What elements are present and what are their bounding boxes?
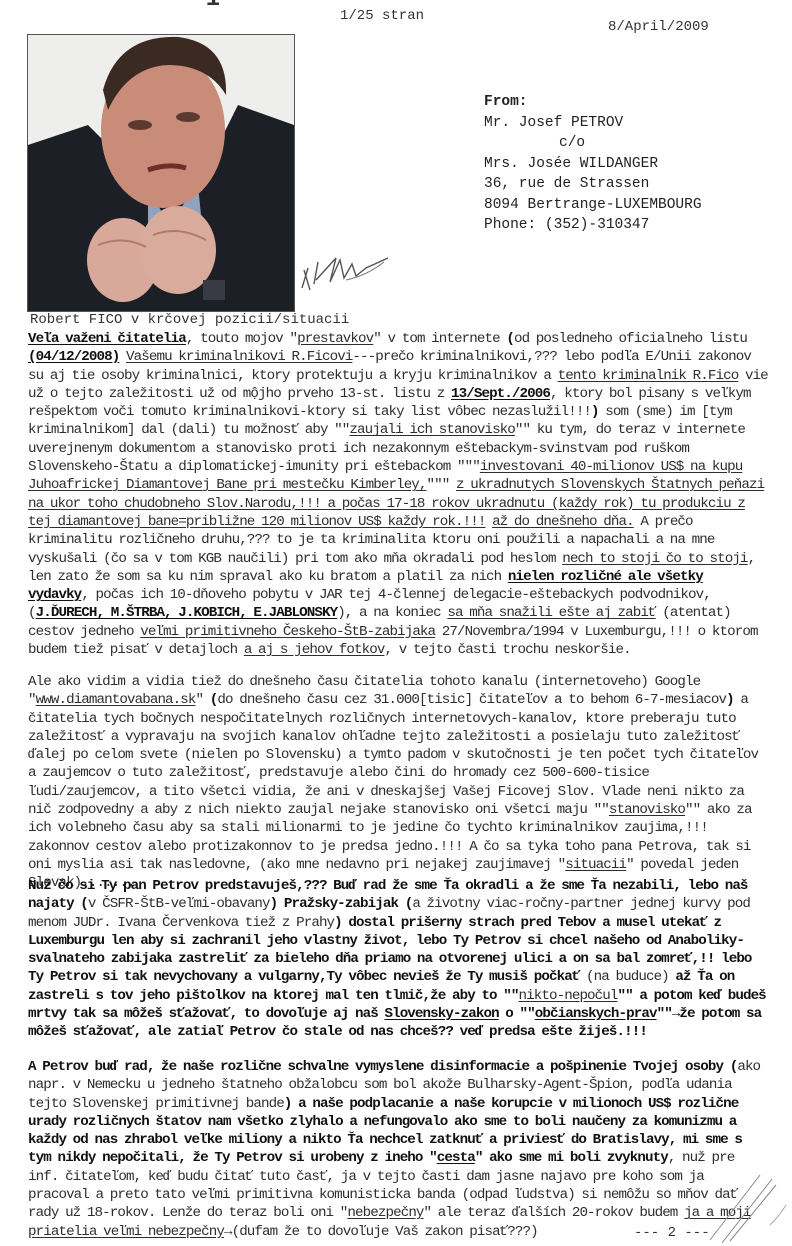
text: " — [196, 692, 210, 708]
text: →(dufam že to dovoľuje Vaš zakon pisať??… — [224, 1224, 538, 1240]
paragraph-1: Veľa važeni čitatelia, touto mojov "pres… — [28, 330, 768, 659]
top-page-mark: --- 1 --- — [140, 0, 288, 13]
text: , v tejto časti trochu neskoršie. — [384, 642, 630, 658]
paragraph-2: Ale ako vidim a vidia tiež do dnešneho č… — [28, 673, 768, 893]
underlined-text: nech to stoji čo to stoji — [562, 551, 747, 567]
date-reference: 13/Sept./2006 — [451, 386, 550, 402]
greeting: Veľa važeni čitatelia — [28, 331, 186, 347]
bold-text: A Petrov buď rad, že naše rozlične schva… — [28, 1059, 737, 1075]
underlined-text: nebezpečny — [347, 1205, 423, 1221]
text: a čitatelia tych bočnych nespočitatelnyc… — [28, 692, 758, 818]
underlined-text: tento kriminalnik R.Fico — [558, 368, 739, 384]
bold-text: " ako sme mi boli zvyknuty — [475, 1150, 668, 1166]
bold-underlined-text: Slovensky-zakon — [384, 1006, 498, 1022]
names-list: J.ĎURECH, M.ŠTRBA, J.KOBICH, E.JABLONSKY — [36, 605, 338, 621]
care-of-label: c/o — [484, 133, 702, 154]
bracket: ) — [726, 692, 734, 708]
text: do dnešneho času cez 31.000[tisic] čitat… — [217, 692, 726, 708]
bold-underlined-text: občianskych-prav — [535, 1006, 657, 1022]
text: v ČSFR-ŠtB-veľmi-obavany — [88, 896, 270, 912]
underlined-text: a aj s jehov fotkov — [244, 642, 385, 658]
bold-text: ) Pražsky-zabijak ( — [270, 896, 413, 912]
text: (na buduce) — [586, 969, 669, 985]
sender-name: Mr. Josef PETROV — [484, 113, 702, 134]
underlined-text: situacii — [565, 857, 626, 873]
photo-illustration-icon — [28, 35, 294, 311]
from-label: From: — [484, 92, 702, 113]
page-count: 1/25 stran — [340, 8, 424, 24]
handwritten-slash-marks-icon — [700, 1165, 790, 1246]
bold-underlined-text: cesta — [437, 1150, 475, 1166]
phone-number: Phone: (352)-310347 — [484, 215, 702, 236]
portrait-photo — [27, 34, 295, 312]
underlined-text: veľmi primitivneho Českeho-ŠtB-zabijaka — [140, 624, 435, 640]
text: " v tom internete — [373, 331, 506, 347]
underlined-text: sa mňa snažili ešte aj zabiť — [447, 605, 655, 621]
photo-caption: Robert FICO v krčovej pozicii/situacii — [30, 312, 349, 328]
text: , touto mojov " — [186, 331, 297, 347]
underlined-text: stanovisko — [609, 802, 685, 818]
website-reference: www.diamantovabana.sk — [36, 692, 196, 708]
text: od posledneho oficialneho listu — [514, 331, 747, 347]
street-address: 36, rue de Strassen — [484, 174, 702, 195]
bold-text: o "" — [499, 1006, 535, 1022]
underlined-text: Vašemu kriminalnikovi R.Ficovi — [126, 349, 352, 365]
underlined-text: zaujali ich stanovisko — [349, 422, 515, 438]
care-of-name: Mrs. Josée WILDANGER — [484, 154, 702, 175]
underlined-text: nikto-nepočul — [519, 988, 618, 1004]
text: " ale teraz ďalších 20-rokov budem — [424, 1205, 685, 1221]
date-reference: (04/12/2008) — [28, 349, 119, 365]
signature-icon — [296, 240, 396, 305]
text: """ — [427, 477, 456, 493]
document-date: 8/April/2009 — [608, 19, 709, 35]
page-number: --- 2 --- — [634, 1225, 710, 1241]
text — [119, 349, 126, 365]
paragraph-4: A Petrov buď rad, že naše rozlične schva… — [28, 1058, 768, 1241]
sender-address-block: From: Mr. Josef PETROV c/o Mrs. Josée WI… — [484, 92, 702, 236]
bracket: ) — [591, 404, 599, 420]
paragraph-3: Nuž čo si Ty pan Petrov predstavuješ,???… — [28, 877, 768, 1042]
city-address: 8094 Bertrange-LUXEMBOURG — [484, 195, 702, 216]
bracket: ( — [506, 331, 514, 347]
underlined-text: prestavkov — [297, 331, 373, 347]
text: ), a na koniec — [337, 605, 447, 621]
underlined-text: až do dnešneho dňa. — [492, 514, 634, 530]
